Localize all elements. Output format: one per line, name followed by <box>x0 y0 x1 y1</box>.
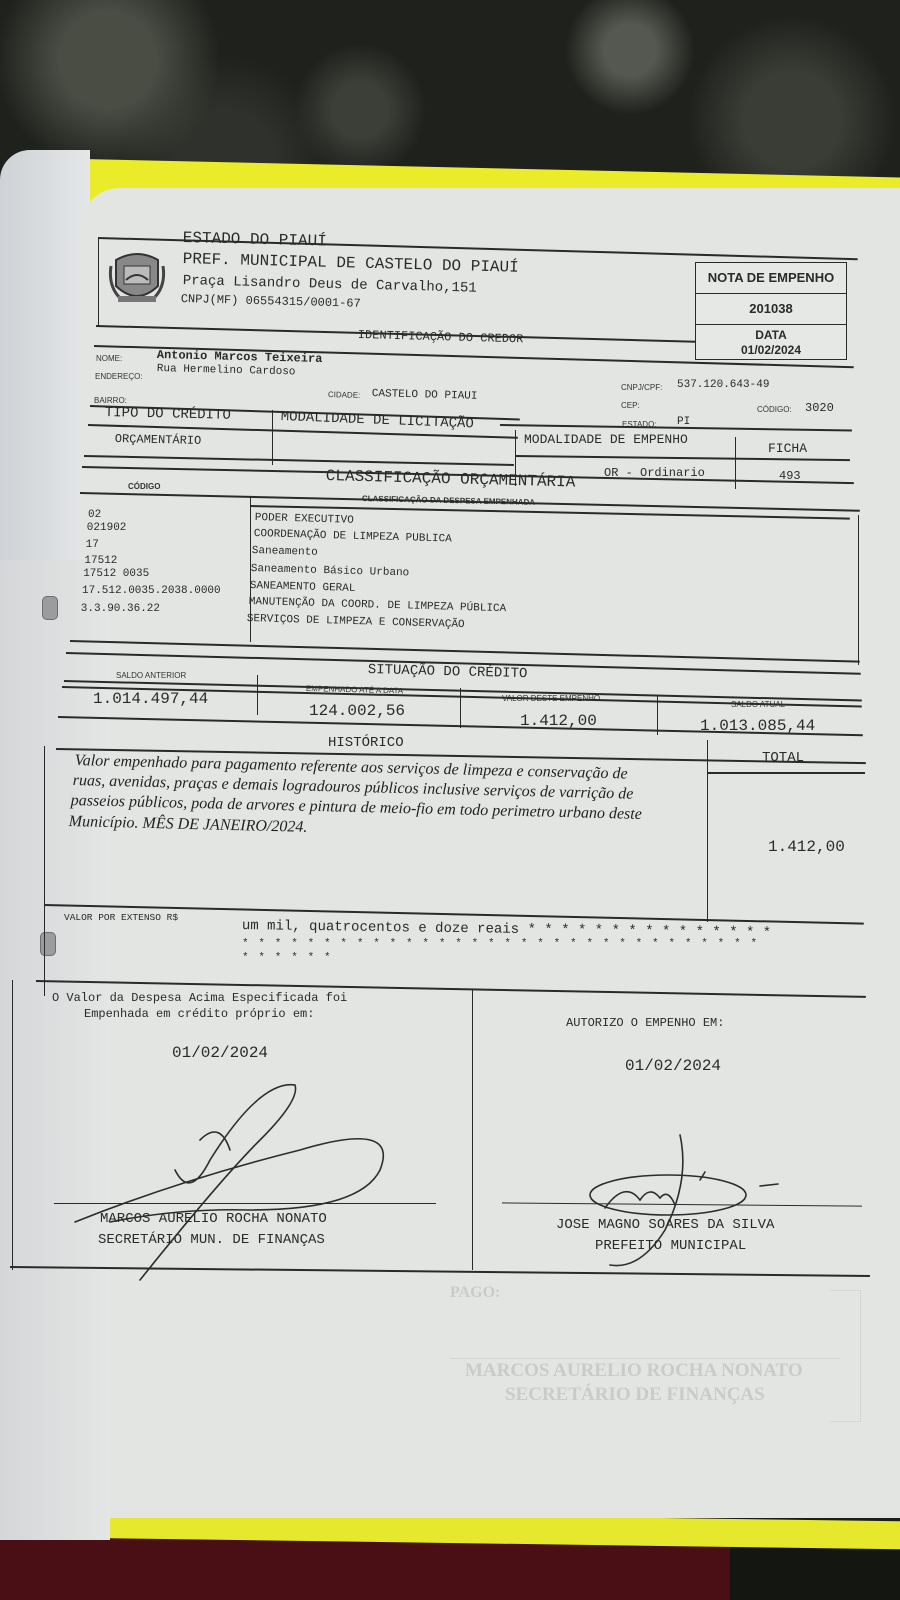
tipo-credito-label: TIPO DO CRÉDITO <box>105 405 231 424</box>
form-left-line <box>44 746 45 996</box>
codigo-label: CÓDIGO: <box>757 405 792 414</box>
saldo-anterior-value: 1.014.497,44 <box>93 690 208 708</box>
left-signature-line <box>54 1203 436 1204</box>
empenhado-value: 124.002,56 <box>309 702 405 720</box>
cidade-label: CIDADE: <box>328 390 361 400</box>
credor-section-title: IDENTIFICAÇÃO DO CREDOR <box>358 328 524 346</box>
nota-date-label: DATA <box>696 328 846 343</box>
municipality-name: PREF. MUNICIPAL DE CASTELO DO PIAUÍ <box>183 250 519 277</box>
nota-de-empenho-form: ESTADO DO PIAUÍ PREF. MUNICIPAL DE CASTE… <box>0 0 900 1600</box>
tipo-credito-value: ORÇAMENTÁRIO <box>115 432 202 448</box>
classificacao-code: 17512 <box>84 555 117 567</box>
cnpjcpf-label: CNPJ/CPF: <box>621 383 662 392</box>
credito-top-line-right <box>500 424 852 432</box>
credor-endereco: Rua Hermelino Cardoso <box>157 363 296 378</box>
classificacao-code: 3.3.90.36.22 <box>81 603 160 615</box>
licitacao-label: MODALIDADE DE LICITAÇÃO <box>280 409 474 432</box>
situacao-divider-1 <box>257 675 258 715</box>
historico-line: Município. MÊS DE JANEIRO/2024. <box>69 813 308 837</box>
extenso-label: VALOR POR EXTENSO R$ <box>64 912 178 923</box>
left-statement-line-1: O Valor da Despesa Acima Especificada fo… <box>52 991 347 1005</box>
classificacao-description: COORDENAÇÃO DE LIMPEZA PUBLICA <box>253 528 451 546</box>
saldo-anterior-label: SALDO ANTERIOR <box>116 671 186 680</box>
signature-left-line <box>12 980 13 1270</box>
nome-label: NOME: <box>96 354 122 363</box>
classificacao-title: CLASSIFICAÇÃO ORÇAMENTÁRIA <box>326 467 576 492</box>
credor-cidade: CASTELO DO PIAUI <box>372 388 478 403</box>
classificacao-code: 17 <box>86 539 99 551</box>
left-signer-role: SECRETÁRIO MUN. DE FINANÇAS <box>98 1232 325 1248</box>
classificacao-bottom-line <box>70 640 860 663</box>
credito-mid-line <box>84 455 514 466</box>
right-date: 01/02/2024 <box>625 1057 721 1075</box>
cep-label: CEP: <box>621 401 640 410</box>
classificacao-code: 02 <box>88 509 101 521</box>
classificacao-description: Saneamento Básico Urbano <box>251 563 410 579</box>
left-signer-name: MARCOS AURELIO ROCHA NONATO <box>100 1211 327 1227</box>
nota-empenho-box: NOTA DE EMPENHO 201038 DATA 01/02/2024 <box>695 262 847 360</box>
credor-cnpjcpf: 537.120.643-49 <box>677 379 769 391</box>
right-statement: AUTORIZO O EMPENHO EM: <box>566 1016 724 1030</box>
situacao-divider-2 <box>460 688 461 728</box>
nota-number: 201038 <box>696 294 846 325</box>
total-divider <box>707 740 708 922</box>
extenso-line-3: * * * * * * <box>242 952 332 964</box>
classificacao-description: Saneamento <box>252 545 318 559</box>
state-name: ESTADO DO PIAUÍ <box>183 229 327 251</box>
classificacao-right-line <box>858 515 859 665</box>
municipality-cnpj: CNPJ(MF) 06554315/0001-67 <box>181 292 361 311</box>
right-signer-role: PREFEITO MUNICIPAL <box>595 1238 746 1254</box>
extenso-line-2: * * * * * * * * * * * * * * * * * * * * … <box>242 938 759 950</box>
nota-date: 01/02/2024 <box>696 343 846 358</box>
right-signature-line <box>502 1202 862 1206</box>
ficha-label: FICHA <box>768 441 807 456</box>
left-statement-line-2: Empenhada em crédito próprio em: <box>84 1007 314 1021</box>
codigo-column-label: CÓDIGO <box>128 482 160 491</box>
classificacao-description: MANUTENÇÃO DA COORD. DE LIMPEZA PÚBLICA <box>248 596 506 615</box>
endereco-label: ENDEREÇO: <box>95 372 143 381</box>
form-bottom-line <box>10 1266 870 1277</box>
total-label: TOTAL <box>762 750 804 766</box>
left-date: 01/02/2024 <box>172 1044 268 1062</box>
header-left-line <box>98 237 99 327</box>
classificacao-description: SANEAMENTO GERAL <box>249 580 355 595</box>
total-header-line <box>707 772 865 774</box>
total-value: 1.412,00 <box>768 838 845 856</box>
credito-divider <box>272 410 273 465</box>
nota-title: NOTA DE EMPENHO <box>696 263 846 294</box>
situacao-title: SITUAÇÃO DO CRÉDITO <box>368 662 528 682</box>
empenho-label: MODALIDADE DE EMPENHO <box>524 432 688 447</box>
municipal-crest-icon <box>108 246 166 308</box>
classificacao-description: PODER EXECUTIVO <box>255 512 354 527</box>
credor-codigo: 3020 <box>805 401 834 415</box>
historico-title: HISTÓRICO <box>328 735 404 751</box>
classificacao-description: SERVIÇOS DE LIMPEZA E CONSERVAÇÃO <box>247 613 465 631</box>
classificacao-code: 17.512.0035.2038.0000 <box>82 585 221 597</box>
signature-divider <box>472 990 473 1270</box>
bairro-label: BAIRRO: <box>94 396 127 405</box>
classificacao-code: 17512 0035 <box>83 568 149 580</box>
right-signer-name: JOSE MAGNO SOARES DA SILVA <box>556 1217 774 1233</box>
classificacao-code: 021902 <box>87 522 127 534</box>
